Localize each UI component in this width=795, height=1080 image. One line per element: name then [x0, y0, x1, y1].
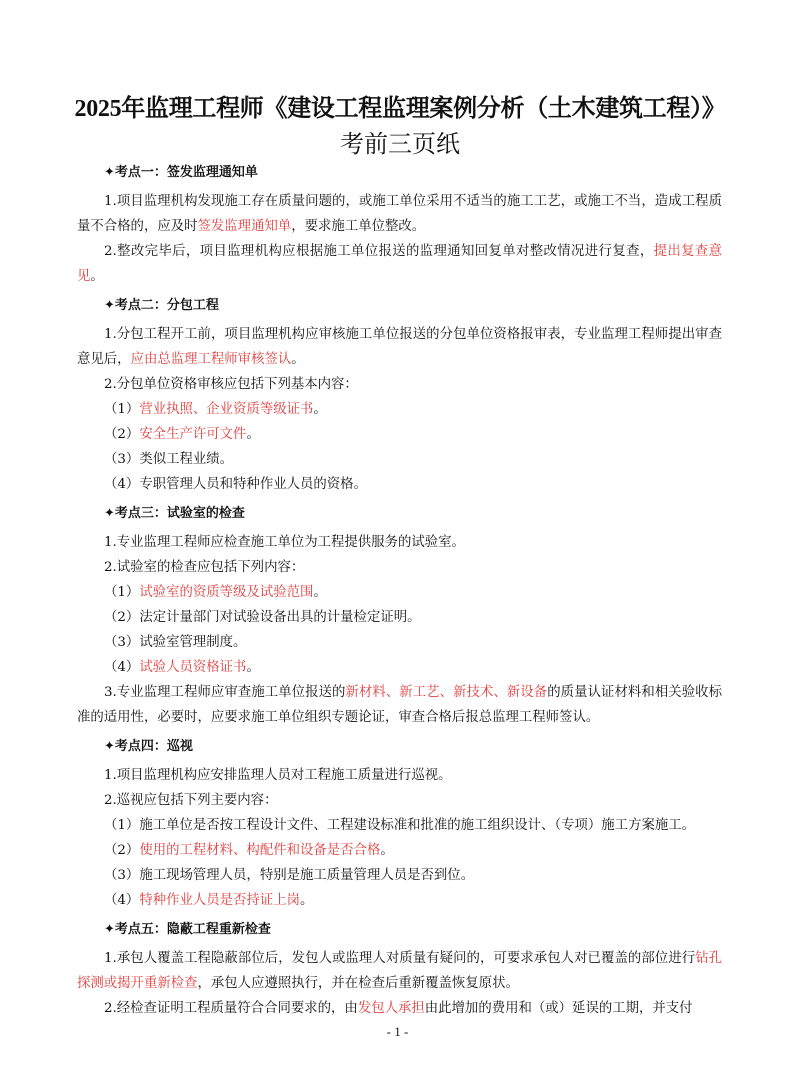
- list-item-period: 。: [246, 427, 259, 442]
- list-item: （1）营业执照、企业资质等级证书。: [77, 397, 722, 422]
- list-item-text: 施工单位是否按工程设计文件、工程建设标准和批准的施工组织设计、（专项）施工方案施…: [139, 818, 681, 833]
- highlighted-text: 发包人承担: [358, 1001, 425, 1016]
- section-heading: ✦考点二：分包工程: [77, 293, 722, 318]
- list-item: （3）类似工程业绩。: [77, 447, 722, 472]
- list-item-number: （4）: [104, 660, 139, 675]
- list-item-period: 。: [313, 585, 326, 600]
- list-item: （4）专职管理人员和特种作业人员的资格。: [77, 472, 722, 497]
- document-body: ✦考点一：签发监理通知单1.项目监理机构发现施工存在质量问题的，或施工单位采用不…: [77, 160, 722, 1025]
- highlighted-text: 营业执照、企业资质等级证书: [139, 402, 313, 417]
- list-item-period: 。: [313, 402, 326, 417]
- list-item: （1）试验室的资质等级及试验范围。: [77, 580, 722, 605]
- list-item-number: （2）: [104, 610, 139, 625]
- paragraph: 2.试验室的检查应包括下列内容：: [77, 555, 722, 580]
- list-item-text: 试验室管理制度: [139, 635, 233, 650]
- section-heading: ✦考点四：巡视: [77, 734, 722, 759]
- list-item-number: （1）: [104, 585, 139, 600]
- paragraph: 1.专业监理工程师应检查施工单位为工程提供服务的试验室。: [77, 530, 722, 555]
- body-text: 2.巡视应包括下列主要内容：: [104, 793, 277, 808]
- list-item: （1）施工单位是否按工程设计文件、工程建设标准和批准的施工组织设计、（专项）施工…: [77, 813, 722, 838]
- paragraph: 2.整改完毕后，项目监理机构应根据施工单位报送的监理通知回复单对整改情况进行复查…: [77, 239, 722, 289]
- paragraph: 3.专业监理工程师应审查施工单位报送的新材料、新工艺、新技术、新设备的质量认证材…: [77, 680, 722, 730]
- highlighted-text: 新材料、新工艺、新技术、新设备: [345, 685, 547, 700]
- section-heading: ✦考点一：签发监理通知单: [77, 160, 722, 185]
- body-text: ，承包人应遵照执行，并在检查后重新覆盖恢复原状。: [198, 976, 519, 991]
- highlighted-text: 安全生产许可文件: [139, 427, 246, 442]
- list-item-number: （3）: [104, 868, 139, 883]
- body-text: ，要求施工单位整改。: [291, 219, 425, 234]
- list-item-text: 施工现场管理人员，特别是施工质量管理人员是否到位: [139, 868, 460, 883]
- document-title: 2025年监理工程师《建设工程监理案例分析（土木建筑工程）》: [60, 88, 740, 123]
- body-text: 2.经检查证明工程质量符合合同要求的，由: [104, 1001, 358, 1016]
- document-subtitle: 考前三页纸: [60, 124, 740, 159]
- list-item-period: 。: [407, 610, 420, 625]
- list-item-text: 法定计量部门对试验设备出具的计量检定证明: [139, 610, 407, 625]
- paragraph: 1.项目监理机构应安排监理人员对工程施工质量进行巡视。: [77, 763, 722, 788]
- list-item: （4）特种作业人员是否持证上岗。: [77, 888, 722, 913]
- body-text: 3.专业监理工程师应审查施工单位报送的: [104, 685, 345, 700]
- highlighted-text: 签发监理通知单: [198, 219, 292, 234]
- body-text: 1.承包人覆盖工程隐蔽部位后，发包人或监理人对质量有疑问的，可要求承包人对已覆盖…: [104, 951, 695, 966]
- list-item: （2）使用的工程材料、构配件和设备是否合格。: [77, 838, 722, 863]
- highlighted-text: 试验室的资质等级及试验范围: [139, 585, 313, 600]
- body-text: 2.整改完毕后，项目监理机构应根据施工单位报送的监理通知回复单对整改情况进行复查…: [104, 244, 654, 259]
- paragraph: 1.分包工程开工前，项目监理机构应审核施工单位报送的分包单位资格报审表，专业监理…: [77, 322, 722, 372]
- body-text: 2.试验室的检查应包括下列内容：: [104, 560, 304, 575]
- highlighted-text: 使用的工程材料、构配件和设备是否合格: [139, 843, 380, 858]
- list-item-number: （2）: [104, 427, 139, 442]
- list-item-number: （1）: [104, 818, 139, 833]
- list-item-period: 。: [354, 477, 367, 492]
- section-heading: ✦考点三：试验室的检查: [77, 501, 722, 526]
- highlighted-text: 特种作业人员是否持证上岗: [139, 893, 300, 908]
- paragraph: 1.承包人覆盖工程隐蔽部位后，发包人或监理人对质量有疑问的，可要求承包人对已覆盖…: [77, 946, 722, 996]
- body-text: 1.项目监理机构应安排监理人员对工程施工质量进行巡视。: [104, 768, 452, 783]
- list-item-number: （3）: [104, 452, 139, 467]
- paragraph: 1.项目监理机构发现施工存在质量问题的，或施工单位采用不适当的施工工艺，或施工不…: [77, 189, 722, 239]
- list-item-period: 。: [246, 660, 259, 675]
- list-item-period: 。: [380, 843, 393, 858]
- paragraph: 2.分包单位资格审核应包括下列基本内容：: [77, 372, 722, 397]
- highlighted-text: 试验人员资格证书: [139, 660, 246, 675]
- body-text: 1.专业监理工程师应检查施工单位为工程提供服务的试验室。: [104, 535, 465, 550]
- section-heading: ✦考点五：隐蔽工程重新检查: [77, 917, 722, 942]
- list-item-period: 。: [220, 452, 233, 467]
- body-text: 。: [291, 352, 304, 367]
- body-text: 2.分包单位资格审核应包括下列基本内容：: [104, 377, 358, 392]
- list-item: （3）施工现场管理人员，特别是施工质量管理人员是否到位。: [77, 863, 722, 888]
- list-item: （4）试验人员资格证书。: [77, 655, 722, 680]
- list-item-number: （4）: [104, 477, 139, 492]
- list-item-period: 。: [682, 818, 695, 833]
- list-item-number: （4）: [104, 893, 139, 908]
- list-item: （2）安全生产许可文件。: [77, 422, 722, 447]
- list-item-period: 。: [300, 893, 313, 908]
- highlighted-text: 应由总监理工程师审核签认: [131, 352, 292, 367]
- list-item-number: （3）: [104, 635, 139, 650]
- list-item-number: （1）: [104, 402, 139, 417]
- body-text: 。: [90, 269, 103, 284]
- body-text: 由此增加的费用和（或）延误的工期，并支付: [425, 1001, 693, 1016]
- list-item-period: 。: [461, 868, 474, 883]
- paragraph: 2.巡视应包括下列主要内容：: [77, 788, 722, 813]
- page-number: - 1 -: [0, 1024, 795, 1040]
- list-item: （2）法定计量部门对试验设备出具的计量检定证明。: [77, 605, 722, 630]
- list-item-period: 。: [233, 635, 246, 650]
- list-item: （3）试验室管理制度。: [77, 630, 722, 655]
- paragraph: 2.经检查证明工程质量符合合同要求的，由发包人承担由此增加的费用和（或）延误的工…: [77, 996, 722, 1021]
- document-page: 2025年监理工程师《建设工程监理案例分析（土木建筑工程）》 考前三页纸 ✦考点…: [0, 0, 795, 1080]
- list-item-text: 类似工程业绩: [139, 452, 219, 467]
- list-item-number: （2）: [104, 843, 139, 858]
- list-item-text: 专职管理人员和特种作业人员的资格: [139, 477, 353, 492]
